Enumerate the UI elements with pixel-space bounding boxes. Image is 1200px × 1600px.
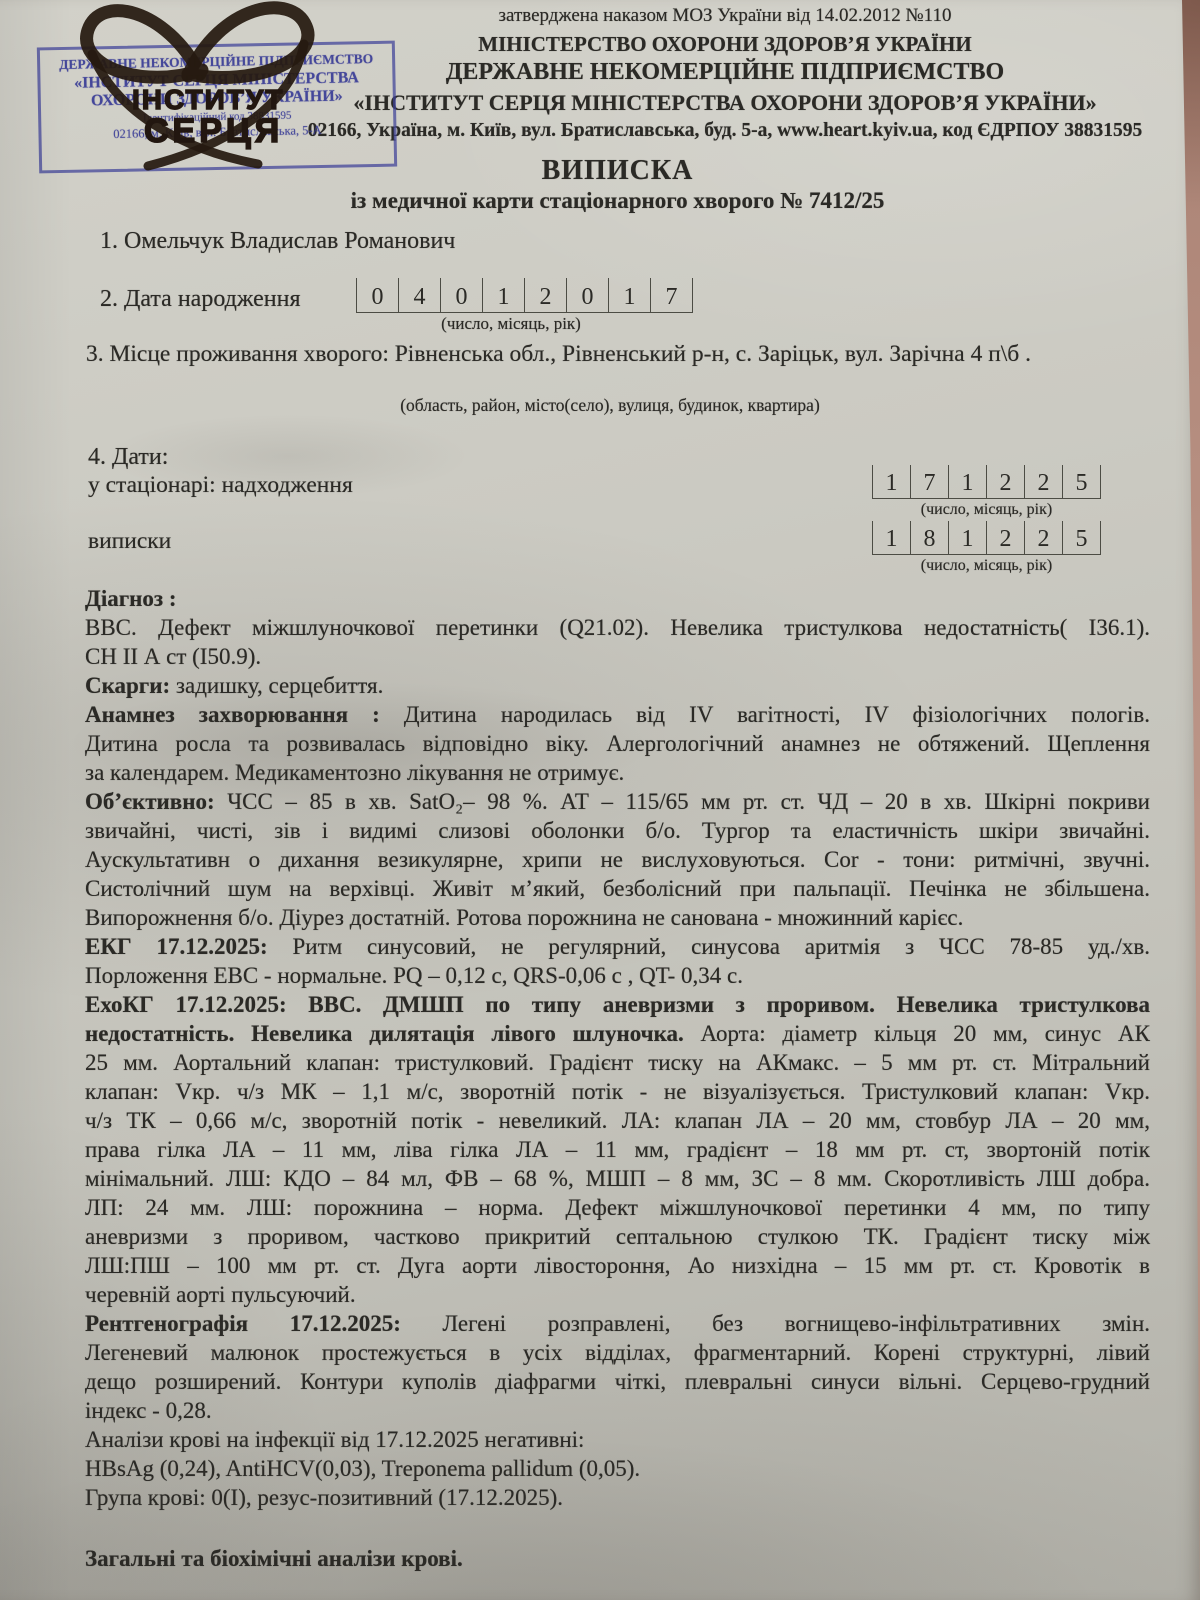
text-line-lead: ЕКГ 17.12.2025:	[85, 934, 268, 959]
discharge-caption: (число, місяць, рік)	[872, 557, 1101, 575]
digit-cell: 2	[986, 521, 1024, 554]
approval-line: затверджена наказом МОЗ України від 14.0…	[230, 5, 1200, 27]
digit-cell: 2	[1024, 521, 1062, 554]
digit-cell: 2	[986, 465, 1024, 498]
text-line: аневризми з проривом, частково прикритий…	[85, 1222, 1150, 1251]
institute-stamp: ДЕРЖАВНЕ НЕКОМЕРЦІЙНЕ ПІДПРИЄМСТВО «ІНСТ…	[37, 41, 397, 174]
birthdate-caption: (число, місяць, рік)	[346, 314, 676, 334]
text-line: HBsAg (0,24), AntiHCV(0,03), Treponema p…	[85, 1454, 1150, 1483]
field-patient-name: 1. Омельчук Владислав Романович	[100, 228, 455, 255]
text-line: клапан: Vкр. ч/з МК – 1,1 м/с, зворотній…	[85, 1077, 1150, 1106]
text-line: дещо розширений. Контури куполів діафраг…	[85, 1367, 1150, 1396]
digit-cell: 2	[524, 278, 566, 312]
digit-cell: 4	[398, 278, 440, 312]
text-line-lead: Об’єктивно:	[85, 789, 215, 814]
text-line-lead: Діагноз :	[85, 586, 177, 611]
text-line: недостатність. Невелика дилятація лівого…	[85, 1019, 1150, 1048]
text-line: звичайні, чисті, зів і видимі слизові об…	[85, 816, 1150, 845]
text-line: Аускультативн о дихання везикулярне, хри…	[85, 845, 1150, 874]
digit-cell: 8	[910, 521, 948, 554]
text-line: ВВС. Дефект міжшлуночкової перетинки (Q2…	[85, 613, 1150, 642]
field-dates-label: 4. Дати:	[88, 444, 168, 471]
admission-date-boxes: 171225	[872, 465, 1101, 499]
admission-caption: (число, місяць, рік)	[872, 501, 1101, 519]
text-line: Загальні та біохімічні аналізи крові.	[85, 1544, 1150, 1573]
digit-cell: 7	[650, 278, 693, 312]
text-line-lead: Загальні та біохімічні аналізи крові.	[85, 1546, 463, 1571]
text-line: Діагноз :	[85, 584, 1150, 613]
text-line: черевній аорті пульсуючий.	[85, 1280, 1150, 1309]
text-line: Аналізи крові на інфекції від 17.12.2025…	[85, 1425, 1150, 1454]
admission-label: у стаціонарі: надходження	[88, 472, 353, 499]
body-text: Діагноз :ВВС. Дефект міжшлуночкової пере…	[85, 584, 1150, 1573]
birthdate-boxes: 04012017	[356, 278, 693, 313]
digit-cell: 5	[1062, 521, 1101, 554]
discharge-label: виписки	[88, 528, 171, 555]
text-line: Дитина росла та розвивалась відповідно в…	[85, 729, 1150, 758]
text-line: Скарги: задишку, серцебиття.	[85, 671, 1150, 700]
text-line: ЕКГ 17.12.2025: Ритм синусовий, не регул…	[85, 932, 1150, 961]
residence-caption: (область, район, місто(село), вулиця, бу…	[330, 395, 890, 416]
text-line: права гілка ЛА – 11 мм, ліва гілка ЛА – …	[85, 1135, 1150, 1164]
digit-cell: 5	[1062, 465, 1101, 498]
digit-cell: 0	[440, 278, 482, 312]
text-line: Група крові: 0(І), резус-позитивний (17.…	[85, 1483, 1150, 1512]
digit-cell: 0	[566, 278, 608, 312]
text-line: ЕхоКГ 17.12.2025: ВВС. ДМШП по типу анев…	[85, 990, 1150, 1019]
text-line: за календарем. Медикаментозно лікування …	[85, 758, 1150, 787]
digit-cell: 0	[356, 278, 398, 312]
digit-cell: 1	[482, 278, 524, 312]
text-line: Рентгенографія 17.12.2025: Легені розпра…	[85, 1309, 1150, 1338]
digit-cell: 1	[872, 521, 910, 554]
text-line: 25 мм. Аортальний клапан: тристулковий. …	[85, 1048, 1150, 1077]
field-birthdate-label: 2. Дата народження	[100, 286, 301, 313]
digit-cell: 1	[608, 278, 650, 312]
digit-cell: 1	[948, 521, 986, 554]
text-line: ЛП: 24 мм. ЛШ: порожнина – норма. Дефект…	[85, 1193, 1150, 1222]
doc-subtitle: із медичної карти стаціонарного хворого …	[85, 188, 1150, 214]
text-line: Систолічний шум на верхівці. Живіт м’яки…	[85, 874, 1150, 903]
text-line: ЛШ:ПШ – 100 мм рт. ст. Дуга аорти лівост…	[85, 1251, 1150, 1280]
text-line-lead: недостатність. Невелика дилятація лівого…	[85, 1021, 684, 1046]
text-line: індекс - 0,28.	[85, 1396, 1150, 1425]
photo-of-medical-discharge-document: { "colors":{ "background_table":"#b68e80…	[0, 0, 1200, 1600]
text-line: ч/з ТК – 0,66 м/с, зворотній потік - нев…	[85, 1106, 1150, 1135]
text-line: Анамнез захворювання : Дитина народилась…	[85, 700, 1150, 729]
text-line-lead: Анамнез захворювання :	[85, 702, 380, 727]
text-line-lead: Рентгенографія 17.12.2025:	[85, 1311, 401, 1336]
text-line: Об’єктивно: ЧСС – 85 в хв. SatO₂– 98 %. …	[85, 787, 1150, 816]
text-line: мінімальний. ЛШ: КДО – 84 мл, ФВ – 68 %,…	[85, 1164, 1150, 1193]
text-line: Порложення ЕВС - нормальне. PQ – 0,12 с,…	[85, 961, 1150, 990]
text-line-lead: Скарги:	[85, 673, 170, 698]
text-line: СН ІІ А ст (І50.9).	[85, 642, 1150, 671]
text-line: Випорожнення б/о. Діурез достатній. Рото…	[85, 903, 1150, 932]
text-line-lead: ЕхоКГ 17.12.2025: ВВС. ДМШП по типу анев…	[85, 992, 1150, 1017]
digit-cell: 1	[948, 465, 986, 498]
digit-cell: 1	[872, 465, 910, 498]
digit-cell: 7	[910, 465, 948, 498]
digit-cell: 2	[1024, 465, 1062, 498]
field-residence: 3. Місце проживання хворого: Рівненська …	[86, 341, 1156, 368]
text-line: Легеневий малюнок простежується в усіх в…	[85, 1338, 1150, 1367]
discharge-date-boxes: 181225	[872, 521, 1101, 555]
